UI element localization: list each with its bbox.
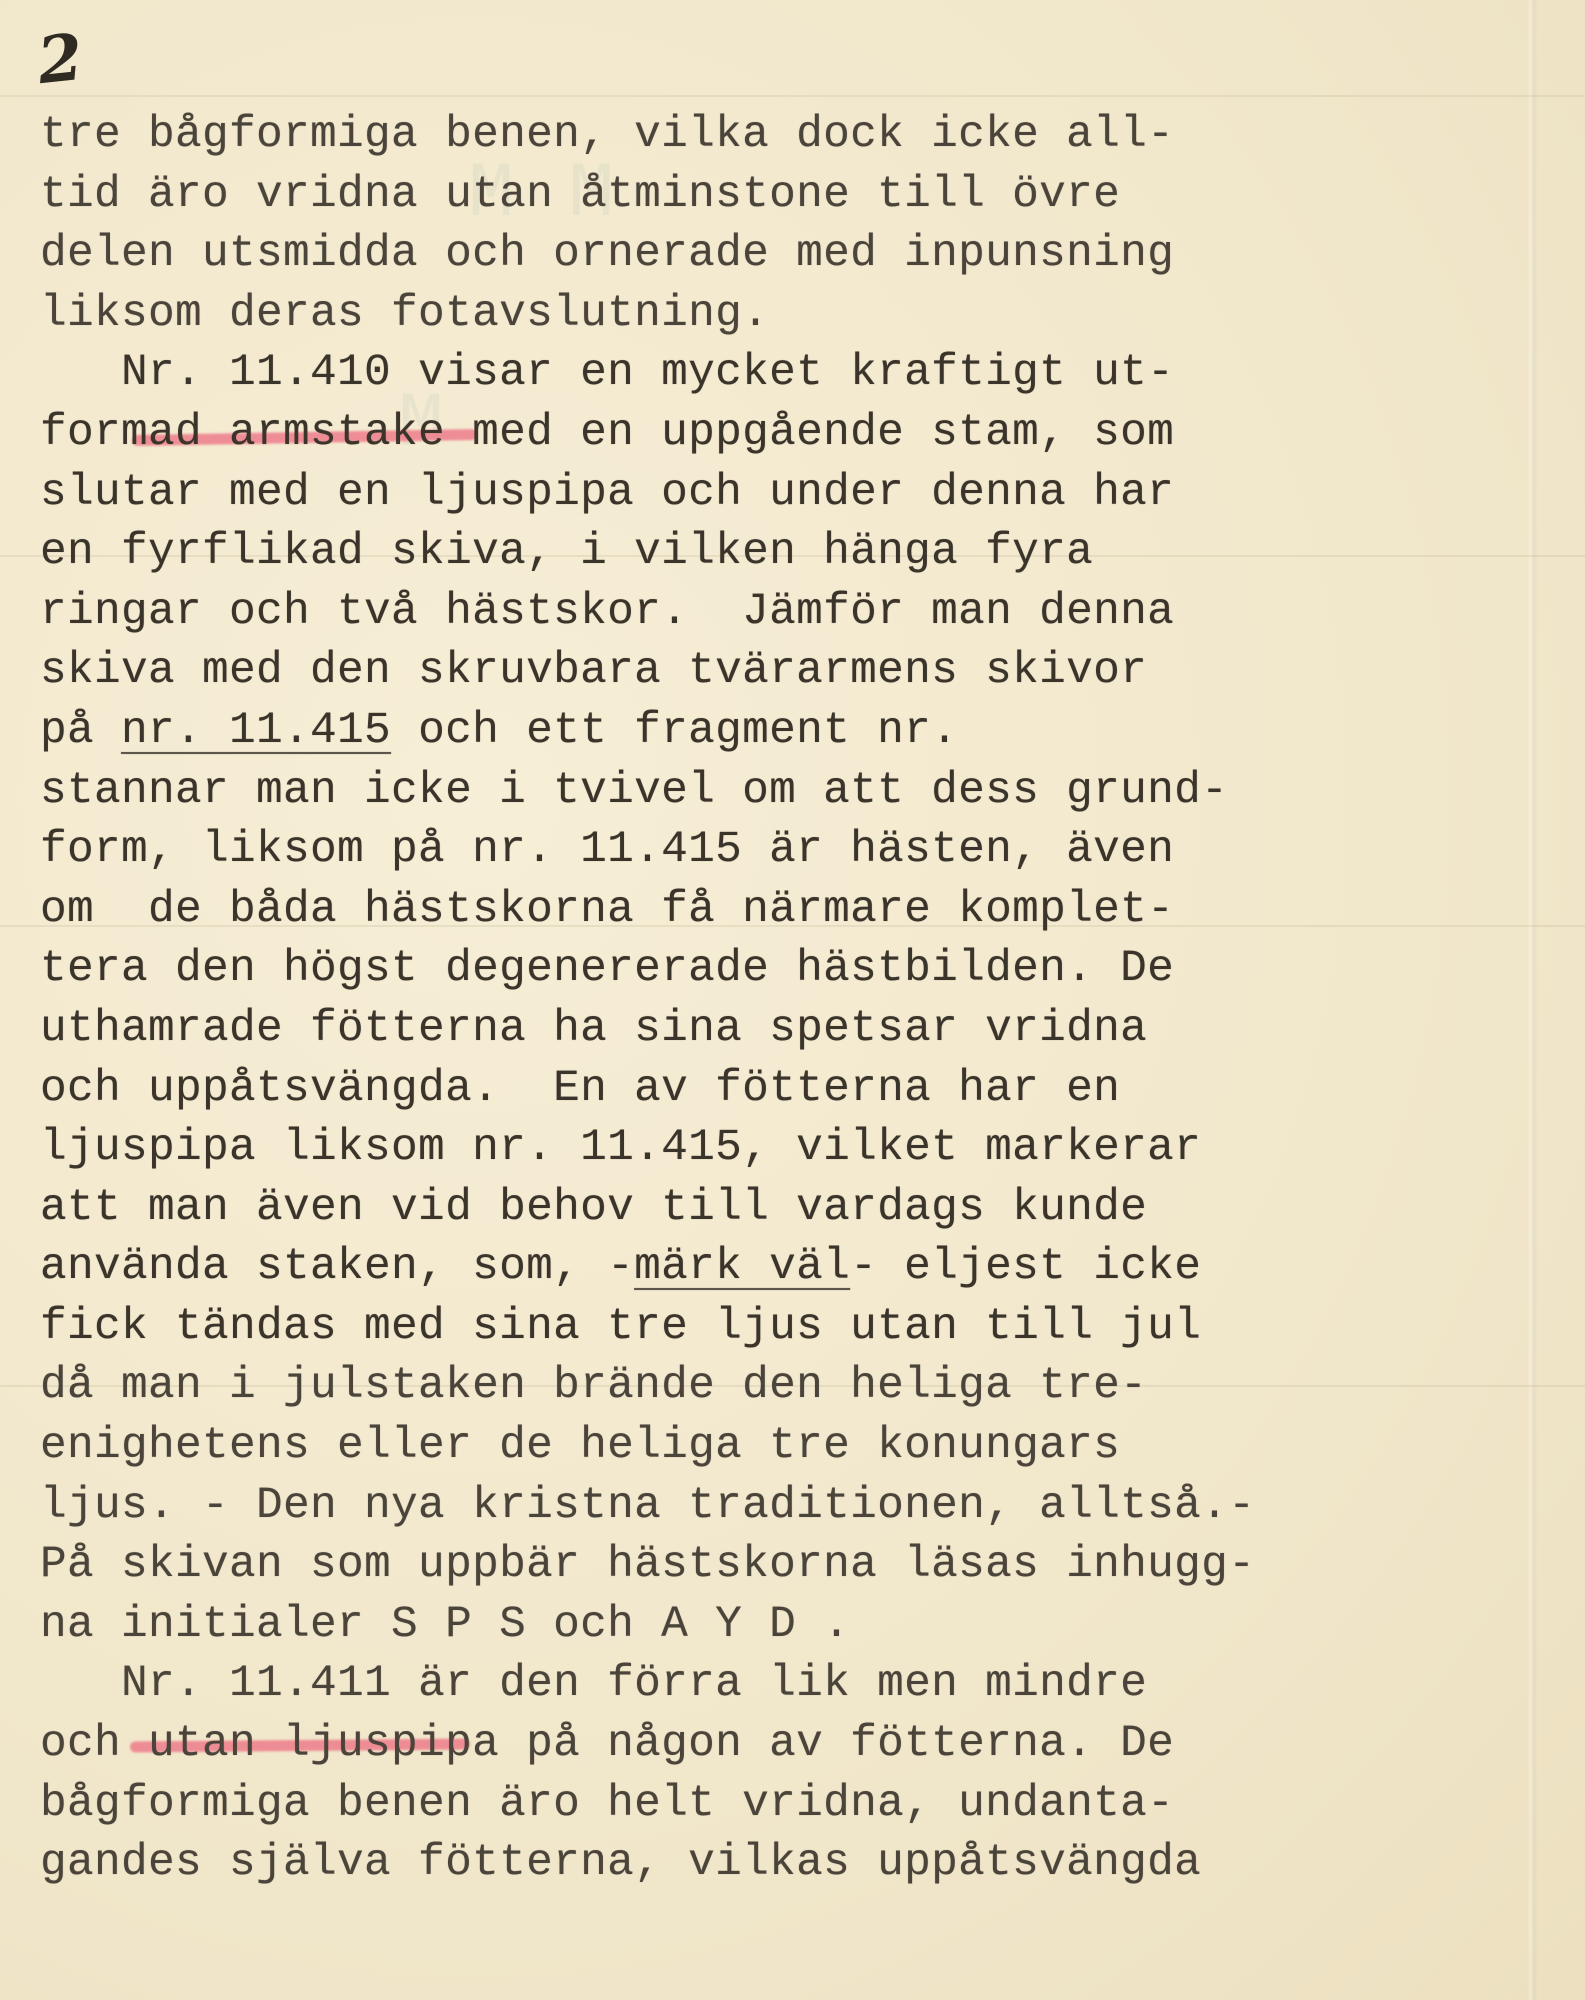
text-segment: visar en mycket kraftigt ut- (391, 348, 1174, 398)
text-segment: använda staken, som, - (40, 1242, 634, 1292)
text-line-25: På skivan som uppbär hästskorna läsas in… (40, 1536, 1560, 1596)
text-line-28: och utan ljuspipa på någon av fötterna. … (40, 1715, 1560, 1775)
text-segment: på (40, 706, 121, 756)
underlined-reference: nr. 11.415 (121, 706, 391, 756)
text-segment: och ett fragment nr. (391, 706, 958, 756)
text-line-24: ljus. - Den nya kristna traditionen, all… (40, 1477, 1560, 1537)
text-line-21: fick tändas med sina tre ljus utan till … (40, 1298, 1560, 1358)
text-line-22: då man i julstaken brände den heliga tre… (40, 1357, 1560, 1417)
text-line-16: uthamrade fötterna ha sina spetsar vridn… (40, 1000, 1560, 1060)
paragraph-start-11410: Nr. 11.410 visar en mycket kraftigt ut- (40, 344, 1560, 404)
text-line-6: formad armstake med en uppgående stam, s… (40, 404, 1560, 464)
text-line-10: skiva med den skruvbara tvärarmens skivo… (40, 642, 1560, 702)
typewritten-page: M M M 2 tre bågformiga benen, vilka dock… (0, 0, 1585, 2000)
text-segment: är den förra lik men mindre (391, 1659, 1147, 1709)
text-line-14: om de båda hästskorna få närmare komplet… (40, 881, 1560, 941)
paragraph-start-11411: Nr. 11.411 är den förra lik men mindre (40, 1655, 1560, 1715)
indent (40, 348, 121, 398)
reference-number: Nr. 11.410 (121, 348, 391, 398)
underlined-emphasis: märk väl (634, 1242, 850, 1292)
text-line-30: gandes själva fötterna, vilkas uppåtsvän… (40, 1834, 1560, 1894)
text-line-20: använda staken, som, -märk väl- eljest i… (40, 1238, 1560, 1298)
bleed-line (0, 95, 1585, 97)
typed-body-text: tre bågformiga benen, vilka dock icke al… (40, 106, 1560, 1894)
text-line-11: på nr. 11.415 och ett fragment nr. (40, 702, 1560, 762)
text-line-8: en fyrflikad skiva, i vilken hänga fyra (40, 523, 1560, 583)
text-line-9: ringar och två hästskor. Jämför man denn… (40, 583, 1560, 643)
text-line-13: form, liksom på nr. 11.415 är hästen, äv… (40, 821, 1560, 881)
text-segment: - eljest icke (850, 1242, 1201, 1292)
indent (40, 1659, 121, 1709)
text-line-18: ljuspipa liksom nr. 11.415, vilket marke… (40, 1119, 1560, 1179)
text-line-26: na initialer S P S och A Y D . (40, 1596, 1560, 1656)
text-line-3: delen utsmidda och ornerade med inpunsni… (40, 225, 1560, 285)
text-line-15: tera den högst degenererade hästbilden. … (40, 940, 1560, 1000)
text-line-12: stannar man icke i tvivel om att dess gr… (40, 762, 1560, 822)
text-line-29: bågformiga benen äro helt vridna, undant… (40, 1775, 1560, 1835)
text-line-7: slutar med en ljuspipa och under denna h… (40, 464, 1560, 524)
text-line-19: att man även vid behov till vardags kund… (40, 1179, 1560, 1239)
handwritten-page-number: 2 (34, 20, 86, 99)
text-line-1: tre bågformiga benen, vilka dock icke al… (40, 106, 1560, 166)
text-line-2: tid äro vridna utan åtminstone till övre (40, 166, 1560, 226)
text-line-4: liksom deras fotavslutning. (40, 285, 1560, 345)
text-line-17: och uppåtsvängda. En av fötterna har en (40, 1060, 1560, 1120)
reference-number: Nr. 11.411 (121, 1659, 391, 1709)
text-line-23: enighetens eller de heliga tre konungars (40, 1417, 1560, 1477)
